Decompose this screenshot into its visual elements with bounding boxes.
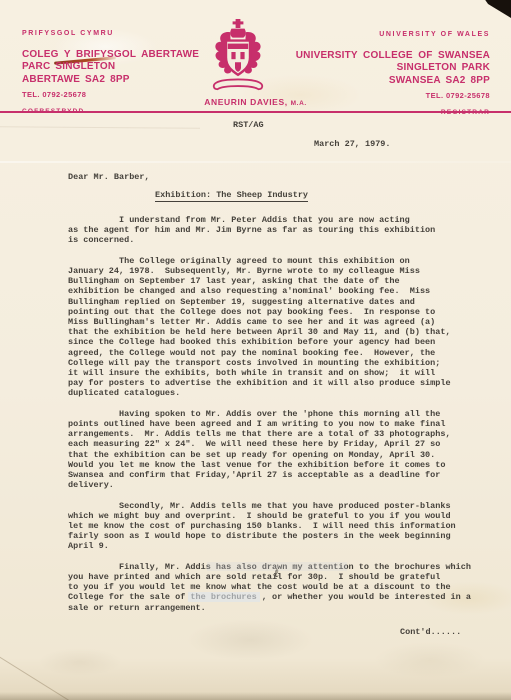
college-name-english: UNIVERSITY COLLEGE OF SWANSEA (296, 50, 490, 62)
date-line: March 27, 1979. (314, 139, 391, 149)
correction-highlight (188, 592, 260, 602)
subject-line: Exhibition: The Sheep Industry (155, 190, 308, 202)
university-crest-icon (208, 19, 268, 97)
university-of-wales-label: UNIVERSITY OF WALES (296, 31, 490, 38)
address-line-welsh: ABERTAWE SA2 8PP (22, 74, 199, 86)
reference-code: RST/AG (233, 120, 264, 130)
address-line-english: SWANSEA SA2 8PP (296, 75, 490, 87)
letter-paragraph: Secondly, Mr. Addis tells me that you ha… (68, 501, 498, 552)
registrar-name-text: ANEURIN DAVIES, (204, 97, 287, 107)
continuation-note: Cont'd...... (400, 627, 461, 637)
letter-paragraph: Having spoken to Mr. Addis over the 'pho… (68, 409, 498, 491)
letter-paragraph: The College originally agreed to mount t… (68, 256, 498, 399)
registrar-name: ANEURIN DAVIES, M.A. (0, 97, 511, 107)
scan-background-corner (483, 0, 511, 18)
registrar-postnominal: M.A. (291, 100, 307, 107)
salutation: Dear Mr. Barber, (68, 172, 150, 182)
paper-crease (0, 126, 200, 128)
letter-paragraph: I understand from Mr. Peter Addis that y… (68, 215, 498, 246)
college-name-welsh: COLEG Y BRIFYSGOL ABERTAWE (22, 49, 199, 61)
scanned-letter-page: PRIFYSGOL CYMRU COLEG Y BRIFYSGOL ABERTA… (0, 0, 511, 700)
university-of-wales-welsh-label: PRIFYSGOL CYMRU (22, 30, 199, 37)
address-line-english: SINGLETON PARK (296, 62, 490, 74)
letterhead-divider-rule (0, 111, 511, 113)
page-bottom-shadow (0, 692, 511, 700)
paper-crease (0, 161, 511, 163)
address-line-welsh: PARC SINGLETON (22, 61, 199, 73)
